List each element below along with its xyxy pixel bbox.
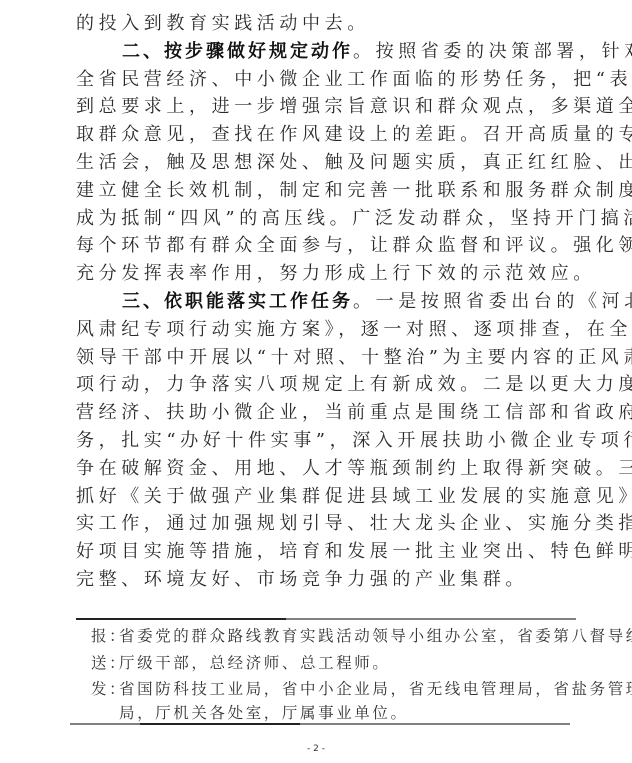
body-line: 取群众意见，查找在作风建设上的差距。召开高质量的专题民主: [76, 121, 560, 149]
line-text: 完整、环境友好、市场竞争力强的产业集群。: [76, 569, 528, 590]
page-number: - 2 -: [0, 744, 632, 754]
body-line: 生活会，触及思想深处、触及问题实质，真正红红脸、出出汗。: [76, 149, 560, 177]
body-line: 的投入到教育实践活动中去。: [76, 10, 560, 38]
line-text: 风肃纪专项行动实施方案》，逐一对照、逐项排查，在全局县处级: [76, 319, 632, 340]
line-text: 。一是按照省委出台的《河北省正: [353, 291, 632, 312]
line-text: 全省民营经济、中小微企业工作面临的形势任务，把“表针”调: [76, 69, 632, 90]
line-text: 到总要求上，进一步增强宗旨意识和群众观点，多渠道全方位听: [76, 96, 632, 117]
line-text: 项行动，力争落实八项规定上有新成效。二是以更大力度发展民: [76, 374, 632, 395]
body-line: 项行动，力争落实八项规定上有新成效。二是以更大力度发展民: [76, 371, 560, 399]
line-text: 每个环节都有群众全面参与，让群众监督和评议。强化领导带头，: [76, 235, 632, 256]
report-text: 省委党的群众路线教育实践活动领导小组办公室，省委第八督导组。: [119, 627, 632, 645]
line-text: 营经济、扶助小微企业，当前重点是围绕工信部和省政府工作任: [76, 402, 632, 423]
send-text: 厅级干部，总经济师、总工程师。: [119, 654, 391, 672]
body-line: 建立健全长效机制，制定和完善一批联系和服务群众制度，使之: [76, 177, 560, 205]
line-text: 成为抵制“四风”的高压线。广泛发动群众，坚持开门搞活动，: [76, 208, 632, 229]
line-text: 抓好《关于做强产业集群促进县域工业发展的实施意见》宣贯落: [76, 486, 632, 507]
line-text: 的投入到教育实践活动中去。: [76, 13, 370, 34]
body-line: 营经济、扶助小微企业，当前重点是围绕工信部和省政府工作任: [76, 399, 560, 427]
line-text: 务，扎实“办好十件实事”，深入开展扶助小微企业专项行动，力: [76, 430, 632, 451]
body-line: 实工作，通过加强规划引导、壮大龙头企业、实施分类指导、抓: [76, 510, 560, 538]
body-line: 到总要求上，进一步增强宗旨意识和群众观点，多渠道全方位听: [76, 93, 560, 121]
body-line: 全省民营经济、中小微企业工作面临的形势任务，把“表针”调: [76, 66, 560, 94]
distribution-issue-continued: 局，厅机关各处室，厅属事业单位。: [119, 703, 409, 723]
line-text: 充分发挥表率作用，努力形成上行下效的示范效应。: [76, 263, 596, 284]
body-text: 的投入到教育实践活动中去。 二、按步骤做好规定动作。按照省委的决策部署，针对当前…: [76, 10, 560, 594]
body-line: 每个环节都有群众全面参与，让群众监督和评议。强化领导带头，: [76, 232, 560, 260]
section-heading-line: 二、按步骤做好规定动作。按照省委的决策部署，针对当前: [76, 38, 560, 66]
line-text: 取群众意见，查找在作风建设上的差距。召开高质量的专题民主: [76, 124, 632, 145]
section-heading: 二、按步骤做好规定动作: [122, 41, 353, 62]
body-line: 抓好《关于做强产业集群促进县域工业发展的实施意见》宣贯落: [76, 483, 560, 511]
line-text: 争在破解资金、用地、人才等瓶颈制约上取得新突破。三是认真: [76, 458, 632, 479]
send-label: 送：: [91, 653, 119, 673]
line-text: 。按照省委的决策部署，针对当前: [353, 41, 632, 62]
body-line: 成为抵制“四风”的高压线。广泛发动群众，坚持开门搞活动，: [76, 205, 560, 233]
body-line: 风肃纪专项行动实施方案》，逐一对照、逐项排查，在全局县处级: [76, 316, 560, 344]
issue-label: 发：: [91, 679, 119, 699]
section-heading: 三、依职能落实工作任务: [122, 291, 353, 312]
line-text: 好项目实施等措施，培育和发展一批主业突出、特色鲜明、体系: [76, 541, 632, 562]
body-line: 争在破解资金、用地、人才等瓶颈制约上取得新突破。三是认真: [76, 455, 560, 483]
body-line: 好项目实施等措施，培育和发展一批主业突出、特色鲜明、体系: [76, 538, 560, 566]
line-text: 建立健全长效机制，制定和完善一批联系和服务群众制度，使之: [76, 180, 632, 201]
issue-text: 省国防科技工业局，省中小企业局，省无线电管理局，省盐务管理: [119, 680, 632, 698]
distribution-send: 送：厅级干部，总经济师、总工程师。: [91, 653, 391, 673]
body-line: 领导干部中开展以“十对照、十整治”为主要内容的正风肃纪专: [76, 344, 560, 372]
line-text: 生活会，触及思想深处、触及问题实质，真正红红脸、出出汗。: [76, 152, 632, 173]
distribution-issue: 发：省国防科技工业局，省中小企业局，省无线电管理局，省盐务管理: [91, 679, 632, 699]
line-text: 实工作，通过加强规划引导、壮大龙头企业、实施分类指导、抓: [76, 513, 632, 534]
line-text: 领导干部中开展以“十对照、十整治”为主要内容的正风肃纪专: [76, 347, 632, 368]
top-divider: [76, 618, 576, 620]
body-line: 充分发挥表率作用，努力形成上行下效的示范效应。: [76, 260, 560, 288]
bottom-divider: [70, 723, 570, 725]
distribution-report: 报：省委党的群众路线教育实践活动领导小组办公室，省委第八督导组。: [91, 626, 632, 646]
body-line: 务，扎实“办好十件实事”，深入开展扶助小微企业专项行动，力: [76, 427, 560, 455]
report-label: 报：: [91, 626, 119, 646]
section-heading-line: 三、依职能落实工作任务。一是按照省委出台的《河北省正: [76, 288, 560, 316]
issue-text-continued: 局，厅机关各处室，厅属事业单位。: [119, 704, 409, 722]
body-line: 完整、环境友好、市场竞争力强的产业集群。: [76, 566, 560, 594]
document-page: 的投入到教育实践活动中去。 二、按步骤做好规定动作。按照省委的决策部署，针对当前…: [0, 0, 632, 763]
